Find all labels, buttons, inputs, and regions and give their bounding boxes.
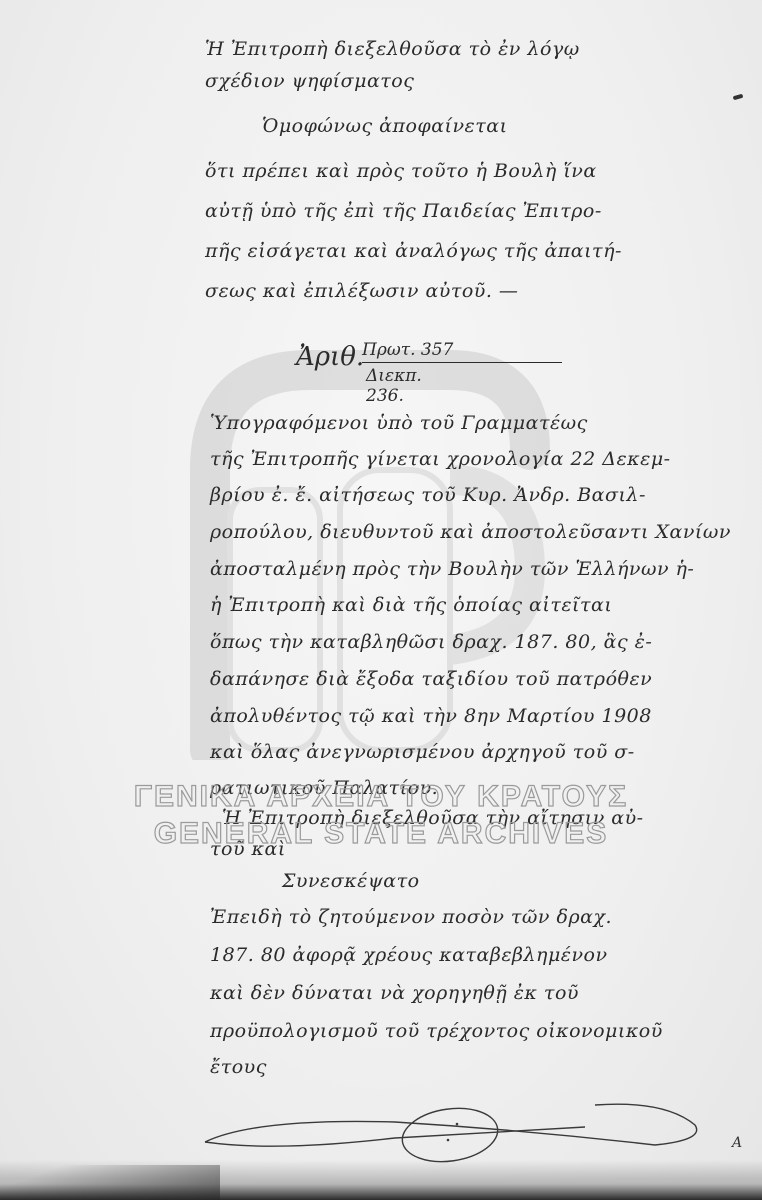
text-line: καὶ δὲν δύναται νὰ χορηγηθῇ ἐκ τοῦ xyxy=(210,982,579,1004)
text-line: προϋπολογισμοῦ τοῦ τρέχοντος οἰκονομικοῦ xyxy=(210,1020,663,1042)
text-line: ὅπως τὴν καταβληθῶσι δραχ. 187. 80, ἃς ἐ… xyxy=(210,631,652,653)
text-line: πῆς εἰσάγεται καὶ ἀναλόγως τῆς ἀπαιτή- xyxy=(205,240,622,262)
text-line: ἡ Ἐπιτροπὴ καὶ διὰ τῆς ὁποίας αἰτεῖται xyxy=(210,594,612,616)
text-line: σχέδιον ψηφίσματος xyxy=(205,70,414,92)
scan-corner-shadow xyxy=(0,1165,220,1200)
text-line: ἀπολυθέντος τῷ καὶ τὴν 8ην Μαρτίου 1908 xyxy=(210,705,652,727)
heading-label: Ἀριθ. xyxy=(296,342,364,372)
text-line: σεως καὶ ἐπιλέξωσιν αὐτοῦ. — xyxy=(205,280,518,302)
text-line: Ὑπογραφόμενοι ὑπὸ τοῦ Γραμματέως xyxy=(210,412,588,434)
text-line: Ἡ Ἐπιτροπὴ διεξελθοῦσα τὴν αἴτησιν αὐ- xyxy=(222,807,644,829)
text-line: Ἡ Ἐπιτροπὴ διεξελθοῦσα τὸ ἐν λόγῳ xyxy=(205,38,580,60)
text-line: ἔτους xyxy=(210,1056,267,1078)
document-page: Ἡ Ἐπιτροπὴ διεξελθοῦσα τὸ ἐν λόγῳ σχέδιο… xyxy=(0,0,762,1180)
text-line: Ἐπειδὴ τὸ ζητούμενον ποσὸν τῶν δραχ. xyxy=(210,906,612,928)
text-line: Ὁμοφώνως ἀποφαίνεται xyxy=(262,115,508,137)
ink-spot xyxy=(733,94,744,100)
dispatch-number: Διεκπ. 236. xyxy=(366,366,422,406)
text-line: τοῦ καὶ xyxy=(210,838,286,860)
text-line: καὶ ὅλας ἀνεγνωρισμένου ἀρχηγοῦ τοῦ σ- xyxy=(210,741,635,763)
text-line: τῆς Ἐπιτροπῆς γίνεται χρονολογία 22 Δεκε… xyxy=(210,448,671,470)
page-mark: A xyxy=(732,1135,742,1151)
text-line: δαπάνησε διὰ ἔξοδα ταξιδίου τοῦ πατρόθεν xyxy=(210,668,652,690)
text-line: αὐτῇ ὑπὸ τῆς ἐπὶ τῆς Παιδείας Ἐπιτρο- xyxy=(205,200,602,222)
text-line: ὅτι πρέπει καὶ πρὸς τοῦτο ἡ Βουλὴ ἵνα xyxy=(205,160,597,182)
text-line: ροπούλου, διευθυντοῦ καὶ ἀποστολεῦσαντι … xyxy=(210,521,731,543)
text-line: Συνεσκέψατο xyxy=(282,870,420,892)
text-line: ρατιωτικοῦ Παλατίου. xyxy=(210,777,438,799)
archive-logo-watermark xyxy=(150,330,570,760)
text-line: ἀποσταλμένη πρὸς τὴν Βουλὴν τῶν Ἑλλήνων … xyxy=(210,558,694,580)
text-line: 187. 80 ἀφορᾷ χρέους καταβεβλημένον xyxy=(210,944,608,966)
text-line: βρίου ἐ. ἔ. αἰτήσεως τοῦ Κυρ. Ἀνδρ. Βασι… xyxy=(210,484,646,506)
protocol-number: Πρωτ. 357 xyxy=(362,340,562,363)
